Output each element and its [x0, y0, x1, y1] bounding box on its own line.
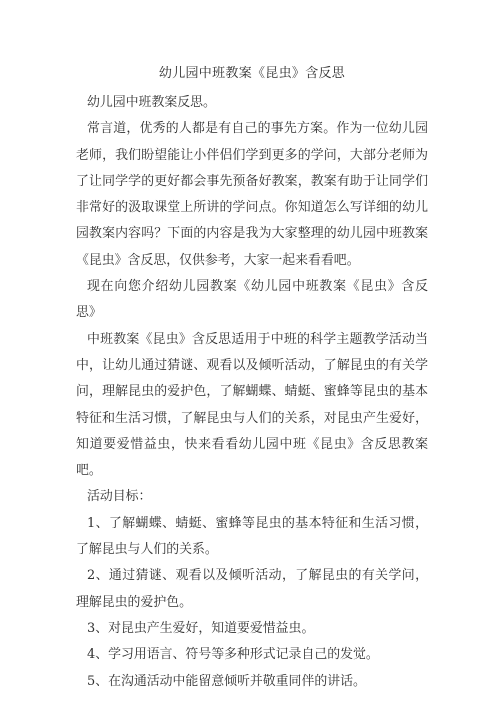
introduction-paragraph: 现在向您介绍幼儿园教案《幼儿园中班教案《昆虫》含反思》 — [76, 274, 428, 327]
document-title: 幼儿园中班教案《昆虫》含反思 — [76, 64, 428, 84]
objective-item-1: 1、了解蝴蝶、蜻蜓、蜜蜂等昆虫的基本特征和生活习惯，了解昆虫与人们的关系。 — [76, 511, 428, 564]
document-page: 幼儿园中班教案《昆虫》含反思 幼儿园中班教案反思。 常言道，优秀的人都是有自己的… — [76, 64, 428, 695]
objective-item-4: 4、学习用语言、符号等多种形式记录自己的发觉。 — [76, 642, 428, 668]
preface-paragraph: 常言道，优秀的人都是有自己的事先方案。作为一位幼儿园老师，我们盼望能让小伴侣们学… — [76, 116, 428, 274]
objective-item-3: 3、对昆虫产生爱好，知道要爱惜益虫。 — [76, 616, 428, 642]
objectives-heading: 活动目标： — [76, 484, 428, 510]
objective-item-2: 2、通过猜谜、观看以及倾听活动，了解昆虫的有关学问，理解昆虫的爱护色。 — [76, 563, 428, 616]
summary-paragraph: 中班教案《昆虫》含反思适用于中班的科学主题教学活动当中，让幼儿通过猜谜、观看以及… — [76, 327, 428, 485]
intro-paragraph: 幼儿园中班教案反思。 — [76, 90, 428, 116]
objective-item-5: 5、在沟通活动中能留意倾听并敬重同伴的讲话。 — [76, 669, 428, 695]
